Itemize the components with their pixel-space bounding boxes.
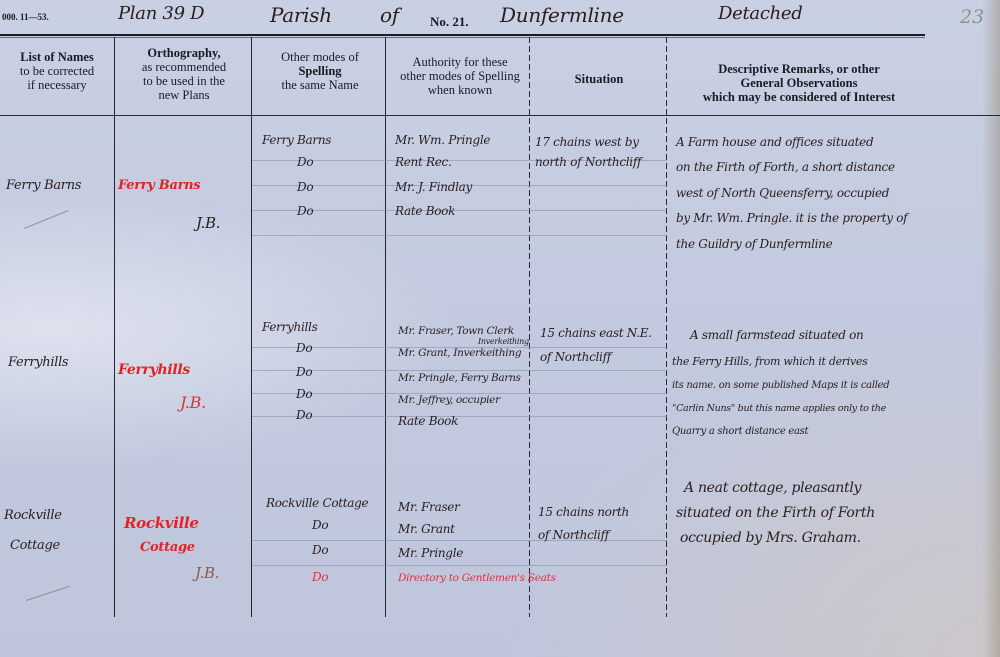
entry-initials: J.B.: [196, 214, 220, 232]
entry-authority: Mr. Fraser, Town Clerk: [398, 325, 514, 337]
entry-spelling: Do: [312, 543, 328, 557]
col-head-orthography: Orthography, as recommended to be used i…: [118, 46, 250, 102]
entry-spelling: Ferryhills: [262, 320, 317, 334]
col-divider-1: [114, 37, 115, 617]
entry-situation: 17 chains west by: [535, 135, 639, 149]
entry-authority: Mr. Grant: [398, 522, 455, 536]
entry-orthography: Rockville: [124, 514, 199, 532]
entry-authority: Directory to Gentlemen's Seats: [398, 572, 556, 584]
entry-authority: Rate Book: [398, 414, 458, 428]
entry-spelling: Do: [296, 365, 312, 379]
page-number: 23: [960, 6, 984, 28]
col-head-authority: Authority for these other modes of Spell…: [388, 55, 532, 97]
entry-authority-note: Inverkeithing: [478, 337, 529, 346]
entry-remark: A Farm house and offices situated: [676, 135, 873, 149]
entry-remark: occupied by Mrs. Graham.: [680, 530, 861, 546]
parish-label: Parish: [270, 3, 332, 27]
entry-remark: on the Firth of Forth, a short distance: [676, 160, 895, 174]
parish-name: Dunfermline: [500, 3, 624, 27]
sheet-number: No. 21.: [430, 14, 469, 30]
entry-situation: north of Northcliff: [535, 155, 641, 169]
entry-name: Ferryhills: [8, 355, 68, 370]
entry-remark: situated on the Firth of Forth: [676, 505, 875, 521]
header-bottom-rule: [0, 115, 1000, 116]
pencil-stroke: [24, 210, 69, 229]
col-head-other-modes: Other modes of Spelling the same Name: [254, 50, 386, 92]
entry-authority: Rent Rec.: [395, 155, 451, 169]
entry-remark: Quarry a short distance east: [672, 426, 808, 437]
entry-authority: Mr. Fraser: [398, 500, 460, 514]
entry-name: Rockville: [4, 508, 62, 523]
col-divider-2: [251, 37, 252, 617]
entry-spelling: Do: [297, 180, 313, 194]
entry-remark: A small farmstead situated on: [690, 328, 863, 342]
entry-authority: Mr. Pringle: [398, 546, 463, 560]
print-code: 000. 11—53.: [2, 12, 49, 22]
entry-orthography: Ferry Barns: [118, 178, 200, 193]
entry-remark: "Carlin Nuns" but this name applies only…: [672, 403, 886, 414]
entry-situation: 15 chains north: [538, 505, 629, 519]
entry-initials: J.B.: [195, 564, 219, 582]
entry-authority: Mr. J. Findlay: [395, 180, 472, 194]
entry-orthography: Ferryhills: [118, 362, 190, 378]
entry-initials: J.B.: [180, 393, 206, 412]
entry-spelling: Do: [297, 155, 313, 169]
entry-situation: of Northcliff: [540, 350, 611, 364]
entry-authority: Mr. Jeffrey, occupier: [398, 394, 500, 406]
entry-situation: 15 chains east N.E.: [540, 326, 652, 340]
pencil-stroke: [26, 586, 70, 601]
entry-authority: Rate Book: [395, 204, 455, 218]
detached-status: Detached: [718, 3, 803, 24]
entry-remark: by Mr. Wm. Pringle. it is the property o…: [676, 211, 907, 225]
ruled-line: [252, 416, 667, 417]
header-rule: [0, 34, 925, 36]
col-head-names: List of Names to be corrected if necessa…: [2, 50, 112, 92]
entry-remark: the Ferry Hills, from which it derives: [672, 355, 867, 368]
header-rule-secondary: [0, 37, 925, 38]
entry-remark: A neat cottage, pleasantly: [684, 480, 861, 496]
entry-name: Ferry Barns: [6, 178, 81, 193]
entry-spelling: Ferry Barns: [262, 133, 331, 147]
entry-authority: Mr. Wm. Pringle: [395, 133, 490, 147]
entry-spelling: Do: [296, 341, 312, 355]
entry-remark: its name. on some published Maps it is c…: [672, 380, 889, 391]
entry-situation: of Northcliff: [538, 528, 609, 542]
col-divider-5: [666, 37, 667, 617]
register-page: 000. 11—53. Plan 39 D Parish of No. 21. …: [0, 0, 1000, 657]
col-divider-3: [385, 37, 386, 617]
entry-authority: Mr. Pringle, Ferry Barns: [398, 372, 521, 384]
ruled-line: [252, 565, 667, 566]
ruled-line: [252, 210, 667, 211]
plan-number: Plan 39 D: [118, 3, 204, 24]
of-label: of: [380, 3, 399, 27]
col-divider-4: [529, 37, 530, 617]
entry-name: Cottage: [10, 538, 60, 553]
entry-orthography: Cottage: [140, 540, 195, 555]
ruled-line: [252, 370, 667, 371]
page-edge: [982, 0, 1000, 657]
entry-spelling: Rockville Cottage: [266, 496, 368, 510]
col-head-situation: Situation: [530, 72, 668, 86]
entry-remark: west of North Queensferry, occupied: [676, 186, 889, 200]
ruled-line: [252, 235, 667, 236]
entry-spelling: Do: [297, 204, 313, 218]
entry-spelling: Do: [296, 387, 312, 401]
entry-spelling: Do: [296, 408, 312, 422]
entry-spelling: Do: [312, 518, 328, 532]
entry-authority: Mr. Grant, Inverkeithing: [398, 347, 521, 359]
entry-remark: the Guildry of Dunfermline: [676, 237, 832, 251]
entry-spelling: Do: [312, 570, 328, 584]
col-head-remarks: Descriptive Remarks, or other General Ob…: [668, 62, 930, 104]
